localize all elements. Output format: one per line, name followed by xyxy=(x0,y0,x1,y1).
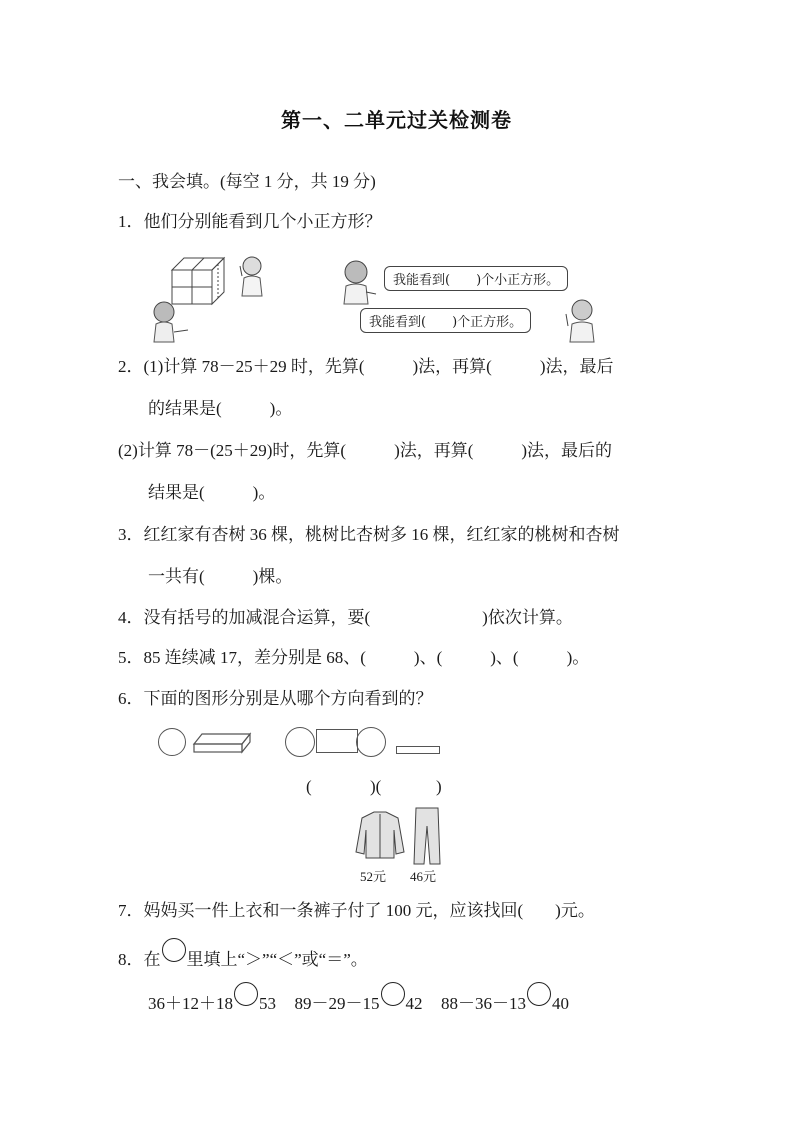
exam-page: 第一、二单元过关检测卷 一、我会填。(每空 1 分，共 19 分) 1．他们分别… xyxy=(0,0,793,1122)
q8-text-b: 里填上“＞”“＜”或“＝”。 xyxy=(187,950,368,969)
question-2-part-1: 2．(1)计算 78－25＋29 时，先算()法，再算()法，最后 xyxy=(118,356,613,378)
boy-character-icon xyxy=(560,296,600,344)
q5-text-a: 5．85 连续减 17，差分别是 68、( xyxy=(118,648,366,667)
thin-rectangle-view-icon xyxy=(396,746,440,754)
expr3-left: 88－36－13 xyxy=(441,994,526,1013)
question-3-cont: 一共有()棵。 xyxy=(148,566,292,588)
answer-blank[interactable] xyxy=(318,776,368,798)
speech-bubble-squares: 我能看到( )个正方形。 xyxy=(360,308,531,333)
question-4: 4．没有括号的加减混合运算，要()依次计算。 xyxy=(118,607,573,629)
cube-illustration xyxy=(148,248,288,344)
q2-text-i: 结果是( xyxy=(148,483,205,502)
question-2-part-2-cont: 结果是()。 xyxy=(148,482,275,504)
flat-box-icon xyxy=(192,730,252,754)
q2-text-j: )。 xyxy=(253,483,276,502)
compare-circle-2[interactable] xyxy=(381,982,405,1006)
q2-text-f: (2)计算 78－(25＋29)时，先算( xyxy=(118,441,346,460)
question-2-part-1-cont: 的结果是()。 xyxy=(148,398,292,420)
q4-text-b: )依次计算。 xyxy=(482,608,573,627)
q2-text-b: )法，再算( xyxy=(412,357,491,376)
answer-blank[interactable] xyxy=(384,776,434,798)
q5-text-d: )。 xyxy=(567,648,590,667)
circle-view-right-icon xyxy=(356,727,386,757)
expr1-left: 36＋12＋18 xyxy=(148,994,233,1013)
question-3: 3．红红家有杏树 36 棵，桃树比杏树多 16 棵，红红家的桃树和杏树 xyxy=(118,524,620,546)
q2-text-d: 的结果是( xyxy=(148,399,222,418)
q6-paren-close: ) xyxy=(436,776,442,798)
question-2-part-2: (2)计算 78－(25＋29)时，先算()法，再算()法，最后的 xyxy=(118,440,612,462)
comparison-row: 36＋12＋1853 89－29－1542 88－36－1340 xyxy=(148,988,569,1015)
pants-icon xyxy=(410,806,444,866)
compare-circle-1[interactable] xyxy=(234,982,258,1006)
cube-icon xyxy=(148,248,288,344)
q2-text-g: )法，再算( xyxy=(394,441,473,460)
question-6: 6．下面的图形分别是从哪个方向看到的？ xyxy=(118,688,433,710)
girl-character-icon xyxy=(338,258,378,306)
q2-text-c: )法，最后 xyxy=(540,357,614,376)
q7-text-a: 7．妈妈买一件上衣和一条裤子付了 100 元，应该找回( xyxy=(118,901,523,920)
rectangle-view-icon xyxy=(316,729,358,753)
page-title: 第一、二单元过关检测卷 xyxy=(0,104,793,133)
expr2-left: 89－29－15 xyxy=(295,994,380,1013)
expr3-right: 40 xyxy=(552,994,569,1013)
q2-text-h: )法，最后的 xyxy=(521,441,612,460)
q3-text-a: 一共有( xyxy=(148,567,205,586)
sphere-icon xyxy=(158,728,186,756)
question-5: 5．85 连续减 17，差分别是 68、()、()、()。 xyxy=(118,647,589,669)
question-7: 7．妈妈买一件上衣和一条裤子付了 100 元，应该找回()元。 xyxy=(118,900,595,922)
section-heading: 一、我会填。(每空 1 分，共 19 分) xyxy=(118,171,376,193)
q5-text-b: )、( xyxy=(414,648,442,667)
jacket-icon xyxy=(352,808,408,864)
question-8: 8．在里填上“＞”“＜”或“＝”。 xyxy=(118,944,368,971)
speech-bubble-small-squares: 我能看到( )个小正方形。 xyxy=(384,266,568,291)
q6-paren-mid: )( xyxy=(370,776,381,798)
jacket-price: 52元 xyxy=(360,866,386,885)
q8-text-a: 8．在 xyxy=(118,950,161,969)
q2-text-e: )。 xyxy=(270,399,293,418)
q4-text-a: 4．没有括号的加减混合运算，要( xyxy=(118,608,370,627)
q5-text-c: )、( xyxy=(490,648,518,667)
pants-price: 46元 xyxy=(410,866,436,885)
q6-paren-open: ( xyxy=(306,776,312,798)
compare-circle-3[interactable] xyxy=(527,982,551,1006)
q3-text-b: )棵。 xyxy=(253,567,293,586)
expr1-right: 53 xyxy=(259,994,276,1013)
circle-blank-icon xyxy=(162,938,186,962)
circle-view-left-icon xyxy=(285,727,315,757)
q7-text-b: )元。 xyxy=(555,901,595,920)
expr2-right: 42 xyxy=(406,994,423,1013)
q2-text-a: 2．(1)计算 78－25＋29 时，先算( xyxy=(118,357,364,376)
question-1: 1．他们分别能看到几个小正方形？ xyxy=(118,211,382,233)
